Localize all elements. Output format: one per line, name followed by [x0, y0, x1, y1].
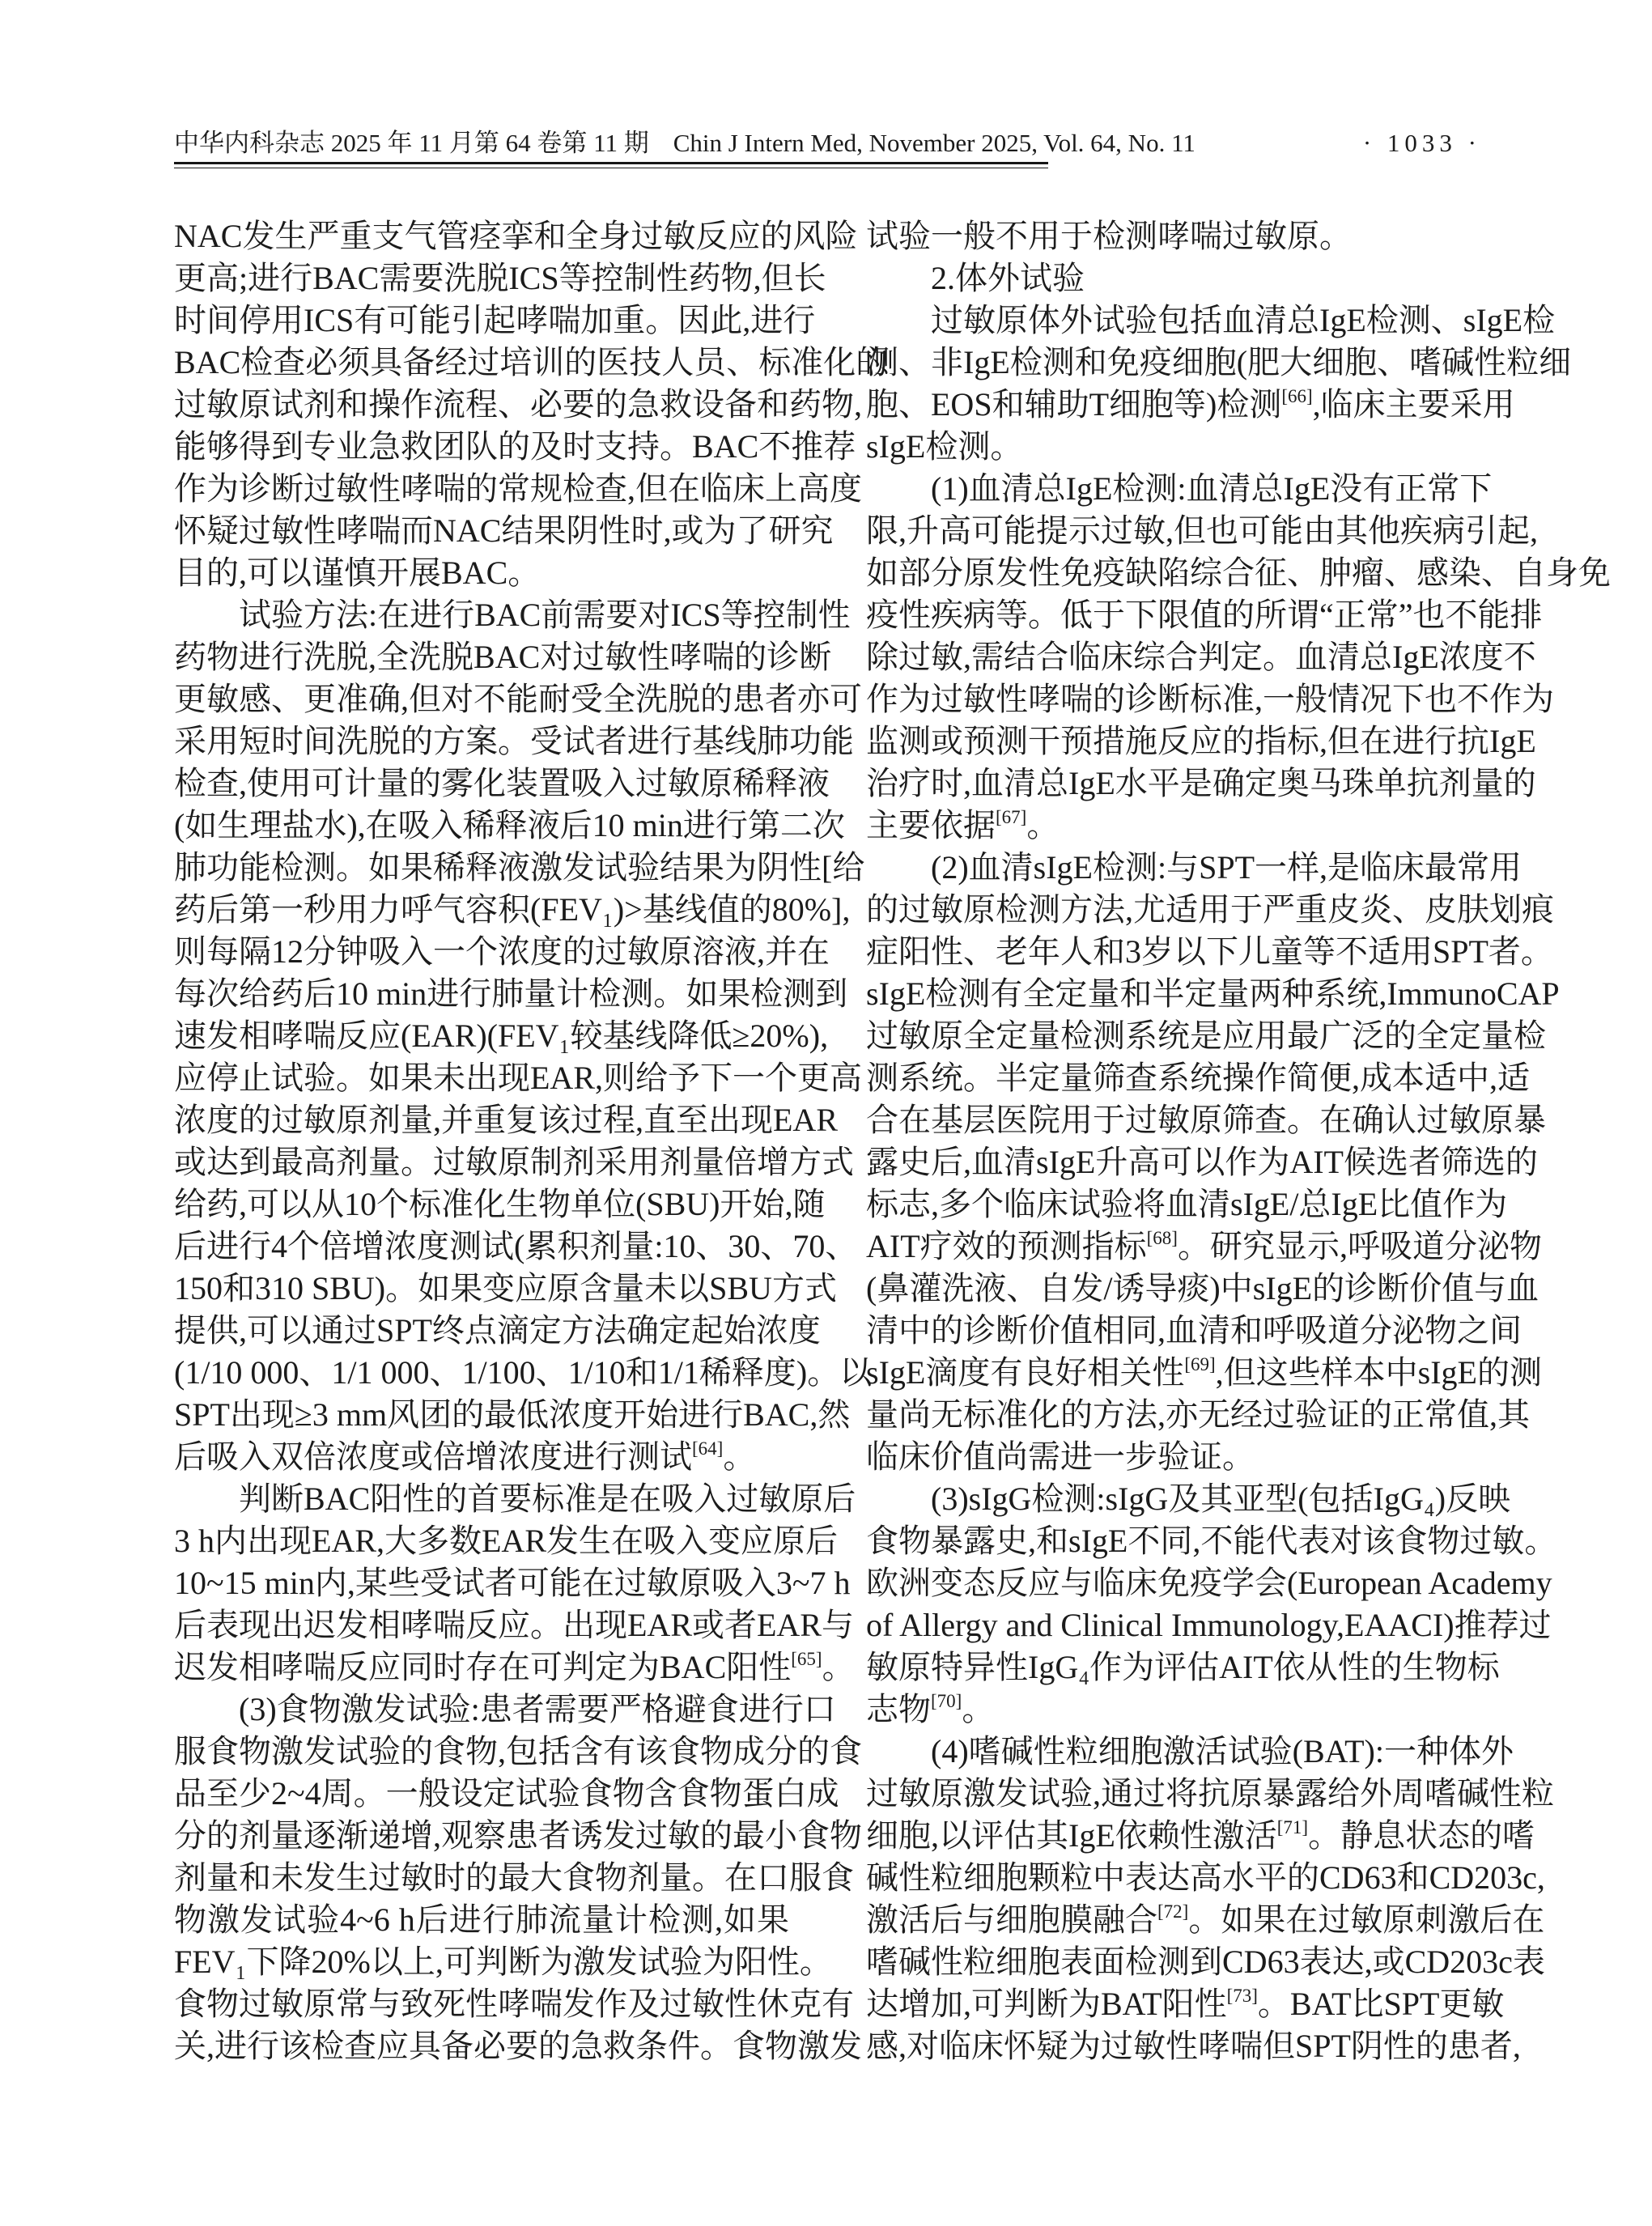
reference-superscript: [64] [692, 1438, 723, 1459]
text-line: (2)血清sIgE检测:与SPT一样,是临床最常用 [866, 847, 1481, 889]
text-line: 肺功能检测。如果稀释液激发试验结果为阴性[给 [174, 847, 789, 889]
text-line: 怀疑过敏性哮喘而NAC结果阴性时,或为了研究 [174, 510, 789, 552]
text-run: 激活后与细胞膜融合 [866, 1901, 1157, 1938]
text-run: 测系统。半定量筛查系统操作简便,成本适中,适 [866, 1060, 1530, 1096]
text-run: 细胞,以评估其IgE依赖性激活 [866, 1817, 1277, 1854]
text-line: 10~15 min内,某些受试者可能在过敏原吸入3~7 h [174, 1562, 789, 1604]
text-run: 的过敏原检测方法,尤适用于严重皮炎、皮肤划痕 [866, 891, 1554, 928]
text-run: 怀疑过敏性哮喘而NAC结果阴性时,或为了研究 [174, 512, 833, 549]
text-run: 测、非IgE检测和免疫细胞(肥大细胞、嗜碱性粒细 [866, 344, 1571, 380]
text-line: 疫性疾病等。低于下限值的所谓“正常”也不能排 [866, 594, 1481, 636]
text-line: 物激发试验4~6 h后进行肺流量计检测,如果 [174, 1899, 789, 1941]
text-run: 欧洲变态反应与临床免疫学会(European Academy [866, 1565, 1552, 1601]
text-line: 合在基层医院用于过敏原筛查。在确认过敏原暴 [866, 1099, 1481, 1141]
text-line: 150和310 SBU)。如果变应原含量未以SBU方式 [174, 1268, 789, 1310]
text-run: 试验方法:在进行BAC前需要对ICS等控制性 [239, 597, 851, 633]
reference-superscript: [68] [1147, 1228, 1178, 1248]
text-line: 作为过敏性哮喘的诊断标准,一般情况下也不作为 [866, 678, 1481, 720]
text-run: 物激发试验4~6 h后进行肺流量计检测,如果 [174, 1901, 789, 1938]
text-run: 如部分原发性免疫缺陷综合征、肿瘤、感染、自身免 [866, 554, 1611, 591]
text-line: 测、非IgE检测和免疫细胞(肥大细胞、嗜碱性粒细 [866, 342, 1481, 384]
text-line: 后表现出迟发相哮喘反应。出现EAR或者EAR与 [174, 1604, 789, 1646]
text-line: (鼻灌洗液、自发/诱导痰)中sIgE的诊断价值与血 [866, 1268, 1481, 1310]
text-run: 临床价值尚需进一步验证。 [866, 1438, 1255, 1475]
text-line: (4)嗜碱性粒细胞激活试验(BAT):一种体外 [866, 1731, 1481, 1773]
text-line: 应停止试验。如果未出现EAR,则给予下一个更高 [174, 1057, 789, 1099]
text-run: 服食物激发试验的食物,包括含有该食物成分的食 [174, 1733, 862, 1769]
reference-superscript: [66] [1281, 386, 1312, 406]
text-line: 志物[70]。 [866, 1689, 1481, 1731]
reference-superscript: [73] [1227, 1986, 1258, 2006]
text-run: 食物过敏原常与致死性哮喘发作及过敏性休克有 [174, 1986, 854, 2022]
text-line: 采用短时间洗脱的方案。受试者进行基线肺功能 [174, 720, 789, 763]
journal-title-en: Chin J Intern Med, November 2025, Vol. 6… [673, 129, 1195, 157]
text-run: 时间停用ICS有可能引起哮喘加重。因此,进行 [174, 302, 815, 338]
reference-superscript: [67] [996, 807, 1026, 827]
text-run: 合在基层医院用于过敏原筛查。在确认过敏原暴 [866, 1102, 1546, 1138]
text-line: 达增加,可判断为BAT阳性[73]。BAT比SPT更敏 [866, 1983, 1481, 2025]
text-line: 浓度的过敏原剂量,并重复该过程,直至出现EAR [174, 1099, 789, 1141]
text-run: 每次给药后10 min进行肺量计检测。如果检测到 [174, 975, 847, 1012]
text-line: 细胞,以评估其IgE依赖性激活[71]。静息状态的嗜 [866, 1815, 1481, 1857]
text-run: 。 [962, 1691, 994, 1727]
text-run: 试验一般不用于检测哮喘过敏原。 [866, 218, 1352, 254]
text-run: (1)血清总IgE检测:血清总IgE没有正常下 [931, 470, 1492, 507]
text-line: SPT出现≥3 mm风团的最低浓度开始进行BAC,然 [174, 1394, 789, 1436]
text-line: 每次给药后10 min进行肺量计检测。如果检测到 [174, 973, 789, 1015]
text-line: 检查,使用可计量的雾化装置吸入过敏原稀释液 [174, 763, 789, 805]
text-run: 给药,可以从10个标准化生物单位(SBU)开始,随 [174, 1186, 825, 1222]
text-line: 分的剂量逐渐递增,观察患者诱发过敏的最小食物 [174, 1815, 789, 1857]
right-column: 试验一般不用于检测哮喘过敏原。2.体外试验过敏原体外试验包括血清总IgE检测、s… [866, 215, 1481, 2067]
text-run: sIgE滴度有良好相关性 [866, 1354, 1184, 1391]
text-run: NAC发生严重支气管痉挛和全身过敏反应的风险 [174, 218, 857, 254]
text-run: 迟发相哮喘反应同时存在可判定为BAC阳性 [174, 1649, 791, 1685]
text-line: 标志,多个临床试验将血清sIgE/总IgE比值作为 [866, 1183, 1481, 1226]
text-run: (3)sIgG检测:sIgG及其亚型(包括IgG₄)反映 [931, 1480, 1510, 1517]
text-run: 过敏原激发试验,通过将抗原暴露给外周嗜碱性粒 [866, 1775, 1554, 1812]
text-line: 主要依据[67]。 [866, 805, 1481, 847]
text-line: 激活后与细胞膜融合[72]。如果在过敏原刺激后在 [866, 1899, 1481, 1941]
text-run: 。研究显示,呼吸道分泌物 [1178, 1228, 1542, 1264]
text-line: 如部分原发性免疫缺陷综合征、肿瘤、感染、自身免 [866, 552, 1481, 594]
text-run: 药后第一秒用力呼气容积(FEV₁)>基线值的80%], [174, 891, 850, 928]
text-line: 2.体外试验 [866, 257, 1481, 299]
text-run: sIgE检测。 [866, 428, 1022, 465]
text-run: 采用短时间洗脱的方案。受试者进行基线肺功能 [174, 723, 854, 759]
text-line: 限,升高可能提示过敏,但也可能由其他疾病引起, [866, 510, 1481, 552]
text-run: (如生理盐水),在吸入稀释液后10 min进行第二次 [174, 807, 845, 843]
text-run: 感,对临床怀疑为过敏性哮喘但SPT阴性的患者, [866, 2028, 1521, 2064]
text-line: 过敏原全定量检测系统是应用最广泛的全定量检 [866, 1015, 1481, 1057]
text-run: 2.体外试验 [931, 260, 1085, 296]
text-line: 品至少2~4周。一般设定试验食物含食物蛋白成 [174, 1773, 789, 1815]
text-line: 剂量和未发生过敏时的最大食物剂量。在口服食 [174, 1857, 789, 1899]
text-line: sIgE检测。 [866, 426, 1481, 468]
text-line: 食物暴露史,和sIgE不同,不能代表对该食物过敏。 [866, 1520, 1481, 1562]
text-run: 作为过敏性哮喘的诊断标准,一般情况下也不作为 [866, 681, 1554, 717]
text-line: 监测或预测干预措施反应的指标,但在进行抗IgE [866, 720, 1481, 763]
text-run: 症阳性、老年人和3岁以下儿童等不适用SPT者。 [866, 933, 1553, 970]
text-line: 更敏感、更准确,但对不能耐受全洗脱的患者亦可 [174, 678, 789, 720]
text-line: (3)食物激发试验:患者需要严格避食进行口 [174, 1689, 789, 1731]
reference-superscript: [71] [1277, 1817, 1308, 1837]
text-line: 清中的诊断价值相同,血清和呼吸道分泌物之间 [866, 1310, 1481, 1352]
text-line: 敏原特异性IgG₄作为评估AIT依从性的生物标 [866, 1646, 1481, 1689]
text-run: 提供,可以通过SPT终点滴定方法确定起始浓度 [174, 1312, 821, 1349]
text-line: 碱性粒细胞颗粒中表达高水平的CD63和CD203c, [866, 1857, 1481, 1899]
reference-superscript: [65] [791, 1649, 822, 1669]
text-line: (1)血清总IgE检测:血清总IgE没有正常下 [866, 468, 1481, 510]
text-run: FEV₁下降20%以上,可判断为激发试验为阳性。 [174, 1944, 832, 1980]
text-run: 后吸入双倍浓度或倍增浓度进行测试 [174, 1438, 692, 1475]
text-line: 后进行4个倍增浓度测试(累积剂量:10、30、70、 [174, 1226, 789, 1268]
text-line: (1/10 000、1/1 000、1/100、1/10和1/1稀释度)。以 [174, 1352, 789, 1394]
text-line: 关,进行该检查应具备必要的急救条件。食物激发 [174, 2025, 789, 2067]
text-run: (2)血清sIgE检测:与SPT一样,是临床最常用 [931, 849, 1522, 886]
text-run: 限,升高可能提示过敏,但也可能由其他疾病引起, [866, 512, 1538, 549]
text-run: 清中的诊断价值相同,血清和呼吸道分泌物之间 [866, 1312, 1522, 1349]
reference-superscript: [70] [931, 1691, 962, 1711]
text-line: FEV₁下降20%以上,可判断为激发试验为阳性。 [174, 1941, 789, 1983]
text-run: 。 [723, 1438, 755, 1475]
text-line: 嗜碱性粒细胞表面检测到CD63表达,或CD203c表 [866, 1941, 1481, 1983]
text-line: (如生理盐水),在吸入稀释液后10 min进行第二次 [174, 805, 789, 847]
text-line: 临床价值尚需进一步验证。 [866, 1436, 1481, 1478]
text-run: 疫性疾病等。低于下限值的所谓“正常”也不能排 [866, 597, 1543, 633]
text-run: 后表现出迟发相哮喘反应。出现EAR或者EAR与 [174, 1607, 854, 1643]
text-line: of Allergy and Clinical Immunology,EAACI… [866, 1604, 1481, 1646]
journal-title-cn: 中华内科杂志 2025 年 11 月第 64 卷第 11 期 [174, 129, 649, 157]
text-run: 更敏感、更准确,但对不能耐受全洗脱的患者亦可 [174, 681, 862, 717]
text-line: 量尚无标准化的方法,亦无经过验证的正常值,其 [866, 1394, 1481, 1436]
text-run: 检查,使用可计量的雾化装置吸入过敏原稀释液 [174, 765, 830, 801]
text-run: 速发相哮喘反应(EAR)(FEV₁较基线降低≥20%), [174, 1017, 828, 1054]
text-run: ,但这些样本中sIgE的测 [1216, 1354, 1542, 1391]
text-run: 判断BAC阳性的首要标准是在吸入过敏原后 [239, 1480, 856, 1517]
text-run: sIgE检测有全定量和半定量两种系统,ImmunoCAP [866, 975, 1560, 1012]
text-run: 。静息状态的嗜 [1308, 1817, 1535, 1854]
text-run: 能够得到专业急救团队的及时支持。BAC不推荐 [174, 428, 856, 465]
text-run: 。 [1026, 807, 1059, 843]
text-line: 治疗时,血清总IgE水平是确定奥马珠单抗剂量的 [866, 763, 1481, 805]
text-line: 后吸入双倍浓度或倍增浓度进行测试[64]。 [174, 1436, 789, 1478]
text-line: 给药,可以从10个标准化生物单位(SBU)开始,随 [174, 1183, 789, 1226]
text-line: 时间停用ICS有可能引起哮喘加重。因此,进行 [174, 299, 789, 342]
text-line: 试验方法:在进行BAC前需要对ICS等控制性 [174, 594, 789, 636]
text-run: 分的剂量逐渐递增,观察患者诱发过敏的最小食物 [174, 1817, 862, 1854]
text-run: 志物 [866, 1691, 931, 1727]
text-run: 关,进行该检查应具备必要的急救条件。食物激发 [174, 2028, 862, 2064]
text-run: 。BAT比SPT更敏 [1258, 1986, 1505, 2022]
text-line: 速发相哮喘反应(EAR)(FEV₁较基线降低≥20%), [174, 1015, 789, 1057]
text-run: 过敏原全定量检测系统是应用最广泛的全定量检 [866, 1017, 1546, 1054]
text-run: 浓度的过敏原剂量,并重复该过程,直至出现EAR [174, 1102, 838, 1138]
text-run: 剂量和未发生过敏时的最大食物剂量。在口服食 [174, 1859, 854, 1896]
text-line: 测系统。半定量筛查系统操作简便,成本适中,适 [866, 1057, 1481, 1099]
text-line: 过敏原体外试验包括血清总IgE检测、sIgE检 [866, 299, 1481, 342]
text-line: 过敏原激发试验,通过将抗原暴露给外周嗜碱性粒 [866, 1773, 1481, 1815]
text-line: 欧洲变态反应与临床免疫学会(European Academy [866, 1562, 1481, 1604]
text-run: SPT出现≥3 mm风团的最低浓度开始进行BAC,然 [174, 1396, 850, 1433]
text-run: AIT疗效的预测指标 [866, 1228, 1147, 1264]
journal-page: 中华内科杂志 2025 年 11 月第 64 卷第 11 期Chin J Int… [0, 0, 1652, 2226]
left-column: NAC发生严重支气管痉挛和全身过敏反应的风险更高;进行BAC需要洗脱ICS等控制… [174, 215, 789, 2067]
text-run: 药物进行洗脱,全洗脱BAC对过敏性哮喘的诊断 [174, 639, 831, 675]
text-run: (4)嗜碱性粒细胞激活试验(BAT):一种体外 [931, 1733, 1514, 1769]
text-run: 。 [822, 1649, 855, 1685]
text-run: 监测或预测干预措施反应的指标,但在进行抗IgE [866, 723, 1536, 759]
text-run: 碱性粒细胞颗粒中表达高水平的CD63和CD203c, [866, 1859, 1545, 1896]
text-run: 3 h内出现EAR,大多数EAR发生在吸入变应原后 [174, 1523, 838, 1559]
text-run: (1/10 000、1/1 000、1/100、1/10和1/1稀释度)。以 [174, 1354, 872, 1391]
text-line: 作为诊断过敏性哮喘的常规检查,但在临床上高度 [174, 468, 789, 510]
text-run: 敏原特异性IgG₄作为评估AIT依从性的生物标 [866, 1649, 1500, 1685]
text-run: 量尚无标准化的方法,亦无经过验证的正常值,其 [866, 1396, 1530, 1433]
text-line: 露史后,血清sIgE升高可以作为AIT候选者筛选的 [866, 1141, 1481, 1183]
text-line: 药物进行洗脱,全洗脱BAC对过敏性哮喘的诊断 [174, 636, 789, 678]
text-run: 过敏原体外试验包括血清总IgE检测、sIgE检 [931, 302, 1555, 338]
text-line: AIT疗效的预测指标[68]。研究显示,呼吸道分泌物 [866, 1226, 1481, 1268]
text-line: 或达到最高剂量。过敏原制剂采用剂量倍增方式 [174, 1141, 789, 1183]
text-line: 则每隔12分钟吸入一个浓度的过敏原溶液,并在 [174, 931, 789, 973]
text-line: sIgE滴度有良好相关性[69],但这些样本中sIgE的测 [866, 1352, 1481, 1394]
text-run: 标志,多个临床试验将血清sIgE/总IgE比值作为 [866, 1186, 1507, 1222]
text-run: 或达到最高剂量。过敏原制剂采用剂量倍增方式 [174, 1144, 854, 1180]
reference-superscript: [72] [1157, 1901, 1188, 1922]
text-line: sIgE检测有全定量和半定量两种系统,ImmunoCAP [866, 973, 1481, 1015]
text-run: of Allergy and Clinical Immunology,EAACI… [866, 1607, 1552, 1643]
text-line: BAC检查必须具备经过培训的医技人员、标准化的 [174, 342, 789, 384]
page-header: 中华内科杂志 2025 年 11 月第 64 卷第 11 期Chin J Int… [174, 130, 1481, 162]
text-run: 过敏原试剂和操作流程、必要的急救设备和药物, [174, 386, 862, 423]
text-line: 更高;进行BAC需要洗脱ICS等控制性药物,但长 [174, 257, 789, 299]
text-line: 食物过敏原常与致死性哮喘发作及过敏性休克有 [174, 1983, 789, 2025]
text-line: 胞、EOS和辅助T细胞等)检测[66],临床主要采用 [866, 384, 1481, 426]
text-run: 胞、EOS和辅助T细胞等)检测 [866, 386, 1281, 423]
text-run: 露史后,血清sIgE升高可以作为AIT候选者筛选的 [866, 1144, 1538, 1180]
text-line: 3 h内出现EAR,大多数EAR发生在吸入变应原后 [174, 1520, 789, 1562]
text-run: 食物暴露史,和sIgE不同,不能代表对该食物过敏。 [866, 1523, 1556, 1559]
text-line: 目的,可以谨慎开展BAC。 [174, 552, 789, 594]
text-run: 目的,可以谨慎开展BAC。 [174, 554, 540, 591]
text-run: BAC检查必须具备经过培训的医技人员、标准化的 [174, 344, 888, 380]
text-run: 作为诊断过敏性哮喘的常规检查,但在临床上高度 [174, 470, 862, 507]
text-line: 症阳性、老年人和3岁以下儿童等不适用SPT者。 [866, 931, 1481, 973]
text-run: 肺功能检测。如果稀释液激发试验结果为阴性[给 [174, 849, 864, 886]
text-run: (鼻灌洗液、自发/诱导痰)中sIgE的诊断价值与血 [866, 1270, 1539, 1306]
text-line: 的过敏原检测方法,尤适用于严重皮炎、皮肤划痕 [866, 889, 1481, 931]
text-line: 服食物激发试验的食物,包括含有该食物成分的食 [174, 1731, 789, 1773]
text-run: 治疗时,血清总IgE水平是确定奥马珠单抗剂量的 [866, 765, 1536, 801]
text-run: 150和310 SBU)。如果变应原含量未以SBU方式 [174, 1270, 837, 1306]
text-line: 药后第一秒用力呼气容积(FEV₁)>基线值的80%], [174, 889, 789, 931]
text-line: 试验一般不用于检测哮喘过敏原。 [866, 215, 1481, 257]
text-line: 迟发相哮喘反应同时存在可判定为BAC阳性[65]。 [174, 1646, 789, 1689]
text-run: 10~15 min内,某些受试者可能在过敏原吸入3~7 h [174, 1565, 851, 1601]
text-run: 更高;进行BAC需要洗脱ICS等控制性药物,但长 [174, 260, 826, 296]
text-run: ,临床主要采用 [1313, 386, 1515, 423]
text-run: (3)食物激发试验:患者需要严格避食进行口 [239, 1691, 836, 1727]
text-run: 则每隔12分钟吸入一个浓度的过敏原溶液,并在 [174, 933, 830, 970]
text-line: 判断BAC阳性的首要标准是在吸入过敏原后 [174, 1478, 789, 1520]
page-number: · 1033 · [1363, 130, 1481, 157]
text-line: 感,对临床怀疑为过敏性哮喘但SPT阴性的患者, [866, 2025, 1481, 2067]
header-rule [174, 162, 1048, 168]
text-run: 应停止试验。如果未出现EAR,则给予下一个更高 [174, 1060, 862, 1096]
text-run: 。如果在过敏原刺激后在 [1188, 1901, 1544, 1938]
text-line: 提供,可以通过SPT终点滴定方法确定起始浓度 [174, 1310, 789, 1352]
text-line: 除过敏,需结合临床综合判定。血清总IgE浓度不 [866, 636, 1481, 678]
text-run: 达增加,可判断为BAT阳性 [866, 1986, 1227, 2022]
text-run: 主要依据 [866, 807, 996, 843]
text-line: 能够得到专业急救团队的及时支持。BAC不推荐 [174, 426, 789, 468]
text-run: 品至少2~4周。一般设定试验食物含食物蛋白成 [174, 1775, 839, 1812]
text-line: 过敏原试剂和操作流程、必要的急救设备和药物, [174, 384, 789, 426]
text-line: NAC发生严重支气管痉挛和全身过敏反应的风险 [174, 215, 789, 257]
text-line: (3)sIgG检测:sIgG及其亚型(包括IgG₄)反映 [866, 1478, 1481, 1520]
reference-superscript: [69] [1184, 1354, 1215, 1374]
text-run: 嗜碱性粒细胞表面检测到CD63表达,或CD203c表 [866, 1944, 1545, 1980]
text-run: 后进行4个倍增浓度测试(累积剂量:10、30、70、 [174, 1228, 857, 1264]
text-run: 除过敏,需结合临床综合判定。血清总IgE浓度不 [866, 639, 1536, 675]
